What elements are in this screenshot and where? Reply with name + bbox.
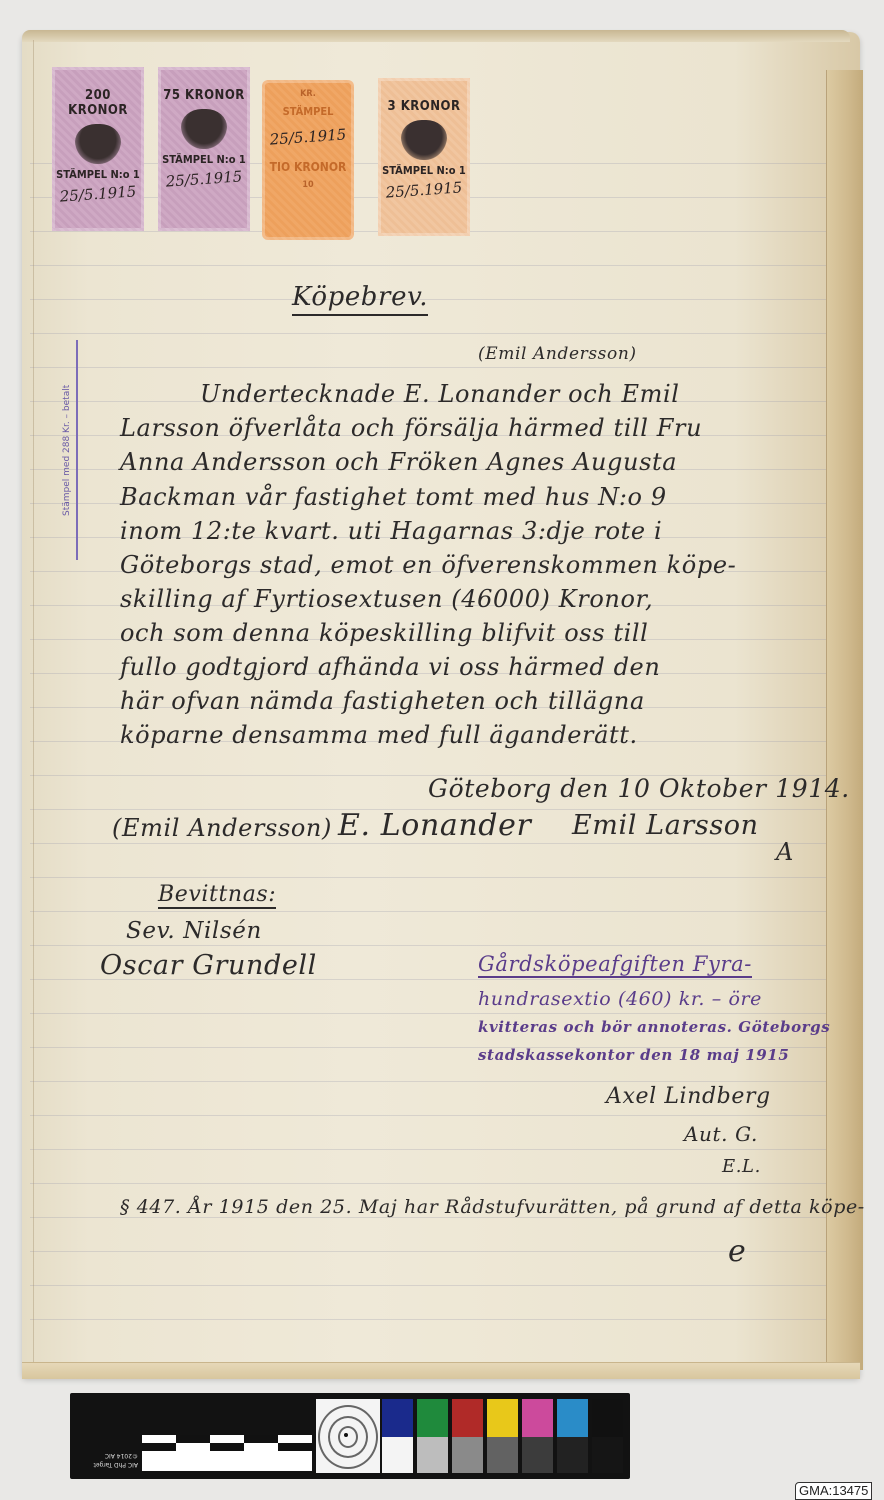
body-line: Anna Andersson och Fröken Agnes Augusta	[120, 448, 677, 476]
target-label-line: ©2014 AIC	[78, 1451, 138, 1460]
tax-note-line: kvitteras och bör annoteras. Göteborgs	[478, 1018, 830, 1036]
stamp-type: STÄMPEL N:o 1	[55, 168, 141, 181]
paper-bottom-fold	[22, 1362, 860, 1379]
coat-of-arms-icon	[401, 120, 447, 160]
insertion-note: (Emil Andersson)	[478, 344, 637, 364]
measurement-scale	[142, 1435, 312, 1471]
stamp-cancellation: 25/5.1915	[380, 178, 467, 202]
target-label-line: AIC PhD Target	[78, 1460, 138, 1469]
witness-name: Sev. Nilsén	[126, 918, 262, 944]
body-line: Göteborgs stad, emot en öfverenskommen k…	[120, 551, 736, 579]
body-line: här ofvan nämda fastigheten och tillägna	[120, 687, 645, 715]
gray-swatch	[592, 1437, 623, 1473]
registry-mark: e	[728, 1234, 746, 1269]
stamp-corner-value: 10	[265, 180, 351, 190]
side-tax-stamp: Stämpel med 288 Kr. – betalt	[62, 340, 78, 560]
signature-mark: A	[776, 838, 794, 866]
stamp-cancellation: 25/5.1915	[160, 167, 247, 191]
place-date: Göteborg den 10 Oktober 1914.	[428, 774, 850, 803]
official-initials: E.L.	[722, 1156, 761, 1177]
signature-larsson: Emil Larsson	[572, 810, 759, 841]
body-line: och som denna köpeskilling blifvit oss t…	[120, 619, 648, 647]
revenue-stamp-10: KR. STÄMPEL 25/5.1915 TIO KRONOR 10	[262, 80, 354, 240]
stamp-type: STÄMPEL	[265, 105, 351, 118]
coat-of-arms-icon	[181, 109, 227, 149]
gray-swatch	[522, 1437, 553, 1473]
stamp-type: STÄMPEL N:o 1	[381, 164, 467, 177]
bullseye-target-icon	[316, 1399, 380, 1473]
signature-insertion: (Emil Andersson)	[112, 814, 332, 842]
witness-name: Oscar Grundell	[100, 950, 317, 981]
target-label: AIC PhD Target ©2014 AIC	[78, 1403, 138, 1469]
body-line: Backman vår fastighet tomt med hus N:o 9	[120, 483, 667, 511]
gray-swatch	[487, 1437, 518, 1473]
tax-note-line: hundrasextio (460) kr. – öre	[478, 988, 762, 1010]
gray-swatch	[417, 1437, 448, 1473]
registry-line: § 447. År 1915 den 25. Maj har Rådstufvu…	[120, 1196, 865, 1218]
stamp-denomination: 75 KRONOR	[161, 88, 247, 103]
witness-heading: Bevittnas:	[158, 882, 276, 909]
official-signature: Axel Lindberg	[606, 1084, 771, 1109]
gray-swatch	[452, 1437, 483, 1473]
stamp-denomination: 3 KRONOR	[381, 99, 467, 114]
tax-note-line: Gårdsköpeafgiften Fyra-	[478, 952, 752, 978]
color-swatch	[417, 1399, 448, 1437]
signature-lonander: E. Lonander	[338, 808, 531, 843]
paper-folded-edge	[826, 70, 863, 1370]
gray-swatch	[382, 1437, 413, 1473]
body-line: inom 12:te kvart. uti Hagarnas 3:dje rot…	[120, 517, 662, 545]
stamp-denomination: TIO KRONOR	[265, 160, 351, 174]
stamp-type: STÄMPEL N:o 1	[161, 153, 247, 166]
stamp-cancellation: 25/5.1915	[264, 125, 351, 149]
color-swatch	[487, 1399, 518, 1437]
official-initials: Aut. G.	[684, 1122, 758, 1146]
revenue-stamp-200: 200 KRONOR STÄMPEL N:o 1 25/5.1915	[52, 67, 144, 231]
paper-top-edge	[22, 30, 850, 42]
document-title: Köpebrev.	[292, 282, 428, 316]
color-calibration-target: AIC PhD Target ©2014 AIC	[70, 1393, 630, 1479]
gray-swatch	[557, 1437, 588, 1473]
catalog-label: GMA:13475	[795, 1482, 872, 1500]
revenue-stamp-3: 3 KRONOR STÄMPEL N:o 1 25/5.1915	[378, 78, 470, 236]
stamp-denomination: 200 KRONOR	[55, 88, 141, 118]
revenue-stamp-75: 75 KRONOR STÄMPEL N:o 1 25/5.1915	[158, 67, 250, 231]
tax-note-line: stadskassekontor den 18 maj 1915	[478, 1046, 789, 1064]
body-line: köparne densamma med full äganderätt.	[120, 721, 638, 749]
margin-line	[33, 40, 34, 1370]
stamp-header: KR.	[265, 89, 351, 99]
color-swatch	[522, 1399, 553, 1437]
coat-of-arms-icon	[75, 124, 121, 164]
body-line: Undertecknade E. Lonander och Emil	[200, 380, 680, 408]
color-swatch	[592, 1399, 623, 1437]
body-line: skilling af Fyrtiosextusen (46000) Krono…	[120, 585, 653, 613]
color-swatch	[382, 1399, 413, 1437]
body-line: Larsson öfverlåta och försälja härmed ti…	[120, 414, 702, 442]
body-line: fullo godtgjord afhända vi oss härmed de…	[120, 653, 660, 681]
color-swatch	[452, 1399, 483, 1437]
color-swatch	[557, 1399, 588, 1437]
stamp-cancellation: 25/5.1915	[54, 182, 141, 206]
